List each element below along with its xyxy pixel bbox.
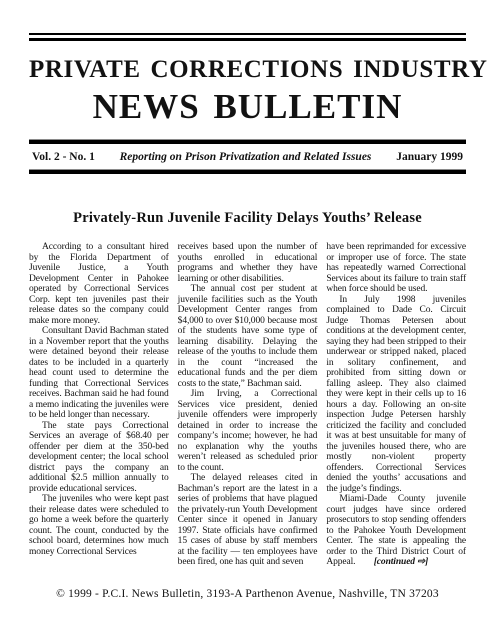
article-paragraph: According to a consultant hired by the F…	[29, 242, 169, 326]
article-paragraph: have been reprimanded for excessive or i…	[326, 242, 466, 295]
article-paragraph: The juveniles who were kept past their r…	[29, 494, 169, 557]
article-column-2: receives based upon the number of youths…	[178, 242, 318, 568]
issue-info-row: Vol. 2 - No. 1 Reporting on Prison Priva…	[29, 144, 466, 169]
article-paragraph: Jim Irving, a Correctional Services vice…	[178, 389, 318, 473]
article-column-3: have been reprimanded for excessive or i…	[326, 242, 466, 568]
article-paragraph: The annual cost per student at juvenile …	[178, 284, 318, 389]
copyright-line: © 1999 - P.C.I. News Bulletin, 3193-A Pa…	[29, 588, 466, 600]
article-column-1: According to a consultant hired by the F…	[29, 242, 169, 568]
issue-row-bottom-rule	[29, 169, 466, 174]
issue-tagline: Reporting on Prison Privatization and Re…	[120, 151, 372, 163]
newsletter-page: PRIVATE CORRECTIONS INDUSTRY NEWS BULLET…	[0, 0, 493, 640]
masthead-title-line1: PRIVATE CORRECTIONS INDUSTRY	[29, 56, 466, 84]
article-body-columns: According to a consultant hired by the F…	[29, 242, 466, 568]
article-headline: Privately-Run Juvenile Facility Delays Y…	[29, 210, 466, 227]
article-paragraph: In July 1998 juveniles complained to Dad…	[326, 295, 466, 495]
article-paragraph: The delayed releases cited in Bachman’s …	[178, 473, 318, 568]
masthead-title-line2: NEWS BULLETIN	[29, 87, 466, 127]
top-double-rule	[29, 33, 466, 41]
article-paragraph: The state pays Correctional Services an …	[29, 421, 169, 495]
issue-volume: Vol. 2 - No. 1	[32, 151, 95, 163]
continued-marker: [continued ⇨]	[374, 557, 428, 567]
issue-date: January 1999	[396, 151, 463, 163]
article-paragraph: Miami-Dade County juvenile court judges …	[326, 494, 466, 568]
article-paragraph: receives based upon the number of youths…	[178, 242, 318, 284]
article-paragraph: Consultant David Bachman stated in a Nov…	[29, 326, 169, 421]
